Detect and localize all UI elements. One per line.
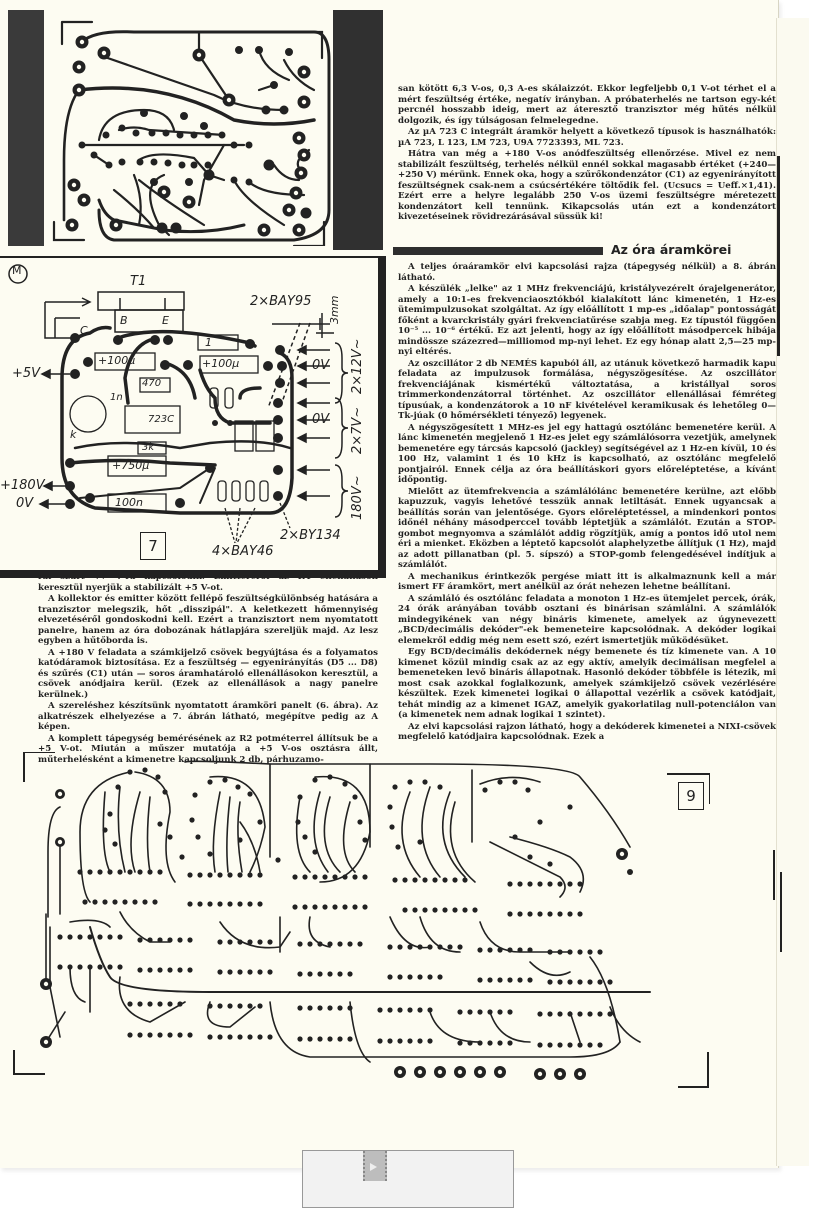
label-e: E xyxy=(162,314,169,327)
scan-dark-band-right xyxy=(333,10,383,250)
paragraph: A készülék „lelke" az 1 MHz frekvenciájú… xyxy=(398,284,776,358)
page-edge xyxy=(776,18,809,1166)
pcb-layout-figure-6 xyxy=(0,2,384,252)
label-0v-left: 0V xyxy=(16,496,33,511)
paragraph: Mielőtt az ütemfrekvencia a számlálólánc… xyxy=(398,487,776,571)
edge-mark xyxy=(780,872,782,952)
pad-row-6 xyxy=(127,1032,602,1047)
paragraph: san kötött 6,3 V-os, 0,3 A-es skálaizzót… xyxy=(398,84,776,126)
paragraph: A kollektor és emitter között fellépő fe… xyxy=(38,594,378,647)
label-0v-2: 0V xyxy=(312,412,329,427)
paragraph: ral szűrt +7 V-ra kapcsolódik. Emitterér… xyxy=(38,572,378,593)
label-dim: 3mm xyxy=(328,296,341,324)
label-cap750: +750µ xyxy=(112,459,149,472)
label-diodes-bottom: 4×BAY46 xyxy=(212,544,273,559)
paragraph: A szereléshez készítsünk nyomtatott áram… xyxy=(38,701,378,733)
pad-row-5 xyxy=(127,1001,612,1016)
paragraph: A +180 V feladata a számkijelző csövek b… xyxy=(38,648,378,701)
scanned-page: san kötött 6,3 V-os, 0,3 A-es skálaizzót… xyxy=(0,0,779,1168)
pad-row-3 xyxy=(57,934,602,954)
paragraph: Egy BCD/decimális dekódernek négy bemene… xyxy=(398,647,776,721)
label-ac-7: 2×7V~ xyxy=(350,407,365,454)
left-column-text: ral szűrt +7 V-ra kapcsolódik. Emitterér… xyxy=(38,572,378,766)
section-bar xyxy=(393,247,603,255)
label-plus180v: +180V xyxy=(0,478,45,493)
label-cap2: +100µ xyxy=(202,357,239,370)
label-ac-180: 180V~ xyxy=(350,475,365,520)
edge-mark xyxy=(773,850,775,900)
right-column-top-text: san kötött 6,3 V-os, 0,3 A-es skálaizzót… xyxy=(398,84,776,224)
section-header: Az óra áramkörei xyxy=(393,243,778,259)
bottom-thumbnail-card xyxy=(302,1150,514,1208)
pad-row-2 xyxy=(82,899,582,916)
paragraph: A teljes óraáramkör elvi kapcsolási rajz… xyxy=(398,262,776,283)
paragraph: A számláló és osztólánc feladata a monot… xyxy=(398,594,776,647)
main-pcb-traces xyxy=(10,752,710,1092)
film-strip-icon xyxy=(363,1151,387,1181)
label-res470: 470 xyxy=(142,378,161,389)
edge-mark xyxy=(777,156,780,356)
figure-9-number: 9 xyxy=(678,782,704,810)
scan-dark-band-left xyxy=(8,10,44,246)
label-plus5v: +5V xyxy=(12,366,40,381)
label-t1: T1 xyxy=(130,274,146,289)
pad-row-1 xyxy=(77,869,582,886)
label-b: B xyxy=(120,314,128,327)
pad-arc-clusters xyxy=(102,767,572,866)
paragraph: Az oszcillátor 2 db NEMÉS kapuból áll, a… xyxy=(398,359,776,422)
label-res1: 1 xyxy=(205,336,212,349)
label-1n: 1n xyxy=(110,392,123,403)
label-c: C xyxy=(80,324,88,337)
component-layout-figure-7: M T1 B E C 1 +100µ +100µ 470 1n 723C k 3… xyxy=(0,256,386,578)
label-diodes-br: 2×BY134 xyxy=(280,528,341,543)
paragraph: Az µA 723 C integrált áramkör helyett a … xyxy=(398,127,776,148)
paragraph: Az elvi kapcsolási rajzon látható, hogy … xyxy=(398,722,776,743)
pcb-traces xyxy=(44,10,334,246)
label-3k: 3k xyxy=(142,442,154,453)
label-ac-12: 2×12V~ xyxy=(350,339,365,395)
paragraph: A mechanikus érintkezők pergése miatt it… xyxy=(398,572,776,593)
right-column-text: A teljes óraáramkör elvi kapcsolási rajz… xyxy=(398,262,776,744)
pad-row-4 xyxy=(57,964,612,984)
pcb-layout-figure-9 xyxy=(10,752,650,1092)
label-0v-1: 0V xyxy=(312,358,329,373)
marker-label: M xyxy=(12,264,22,277)
label-ic: 723C xyxy=(148,414,174,425)
paragraph: A négyszögesített 1 MHz-es jel egy hatta… xyxy=(398,423,776,486)
section-title: Az óra áramkörei xyxy=(611,242,731,257)
paragraph: Hátra van még a +180 V-os anódfeszültség… xyxy=(398,149,776,223)
label-cap1: +100µ xyxy=(98,354,135,367)
figure-7-number: 7 xyxy=(140,532,166,560)
label-k: k xyxy=(70,428,76,441)
label-diodes-top: 2×BAY95 xyxy=(250,294,311,309)
label-cap100n: 100n xyxy=(115,496,143,509)
